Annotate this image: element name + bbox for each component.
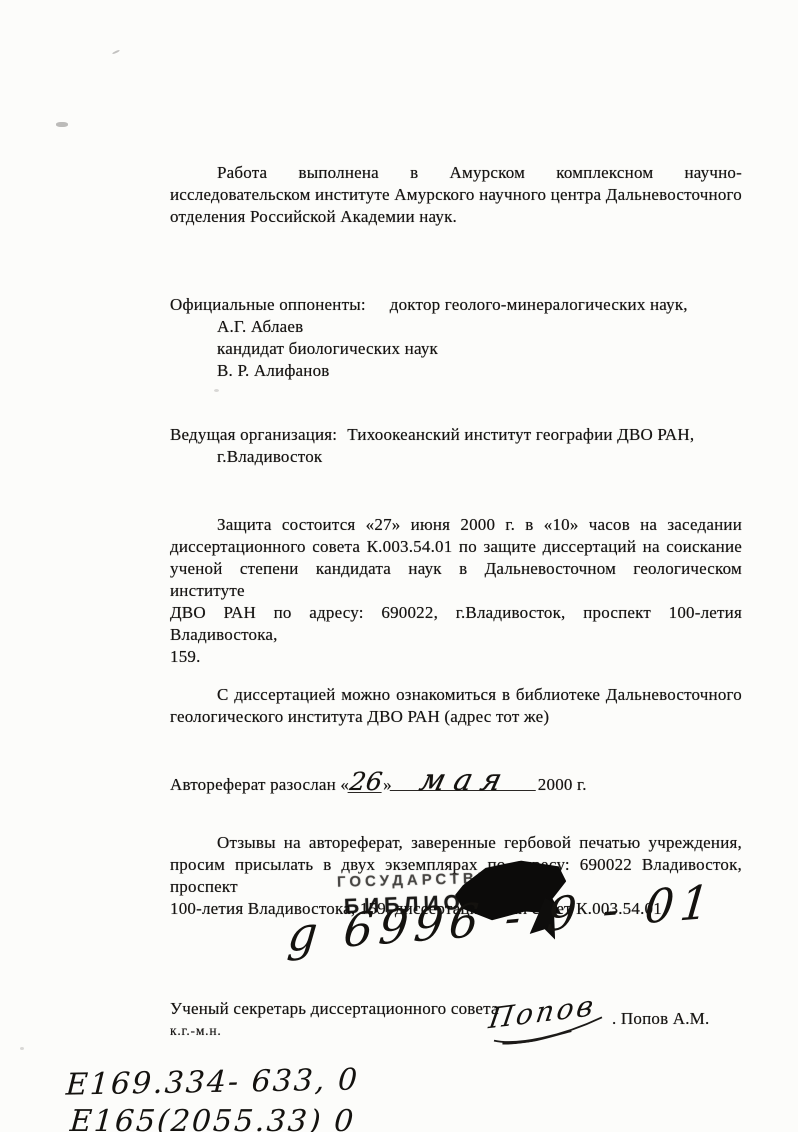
opponent-degree-2: кандидат биологических наук [217, 338, 770, 360]
leading-org-city: г.Владивосток [217, 446, 770, 468]
paragraph-defense: Защита состоится «27» июня 2000 г. в «10… [170, 514, 742, 668]
text-line: Работа выполнена в Амурском комплексном … [170, 162, 742, 184]
leading-org-heading: Ведущая организация: [170, 425, 337, 444]
text-line: 159. [170, 646, 742, 668]
opponent-name-2: В. Р. Алифанов [217, 360, 770, 382]
opponents-heading-row: Официальные оппоненты:доктор геолого-мин… [170, 294, 770, 316]
leading-org-block: Ведущая организация:Тихоокеанский инстит… [170, 424, 770, 468]
text-line: исследовательском институте Амурского на… [170, 184, 742, 206]
handwritten-day: 26 [348, 772, 385, 793]
handwritten-call-number-2: Е165(2055.33) 0 [69, 1104, 357, 1132]
text-line: ученой степени кандидата наук в Дальнево… [170, 558, 742, 602]
scan-speck [20, 1047, 24, 1050]
sent-prefix: Автореферат разослан « [170, 775, 349, 794]
paragraph-library-note: С диссертацией можно ознакомиться в библ… [170, 684, 742, 728]
opponents-block: Официальные оппоненты:доктор геолого-мин… [170, 294, 770, 382]
scan-speck [112, 49, 120, 54]
scanned-document-page: Работа выполнена в Амурском комплексном … [0, 0, 798, 1132]
opponent-name-1: А.Г. Аблаев [217, 316, 770, 338]
opponents-heading: Официальные оппоненты: [170, 295, 366, 314]
leading-org-row: Ведущая организация:Тихоокеанский инстит… [170, 424, 770, 446]
secretary-name: . Попов А.М. [612, 1008, 709, 1030]
leading-org-value: Тихоокеанский институт географии ДВО РАН… [347, 425, 694, 444]
sent-line: Автореферат разослан «26»мая2000 г. [170, 772, 770, 796]
text-line: Защита состоится «27» июня 2000 г. в «10… [170, 514, 742, 536]
text-line: геологического института ДВО РАН (адрес … [170, 706, 742, 728]
handwritten-month: мая [389, 772, 540, 791]
text-line: диссертационного совета К.003.54.01 по з… [170, 536, 742, 558]
text-line: отделения Российской Академии наук. [170, 206, 742, 228]
text-line: С диссертацией можно ознакомиться в библ… [170, 684, 742, 706]
scan-speck [214, 389, 219, 392]
scan-speck [56, 122, 68, 127]
paragraph-performed-at: Работа выполнена в Амурском комплексном … [170, 162, 742, 228]
text-line: Отзывы на автореферат, заверенные гербов… [170, 832, 742, 854]
sent-year: 2000 г. [538, 775, 587, 794]
opponent-degree-1: доктор геолого-минералогических наук, [390, 295, 688, 314]
handwritten-call-number-1: Е169.334- 633, 0 [65, 1062, 360, 1102]
text-line: ДВО РАН по адресу: 690022, г.Владивосток… [170, 602, 742, 646]
